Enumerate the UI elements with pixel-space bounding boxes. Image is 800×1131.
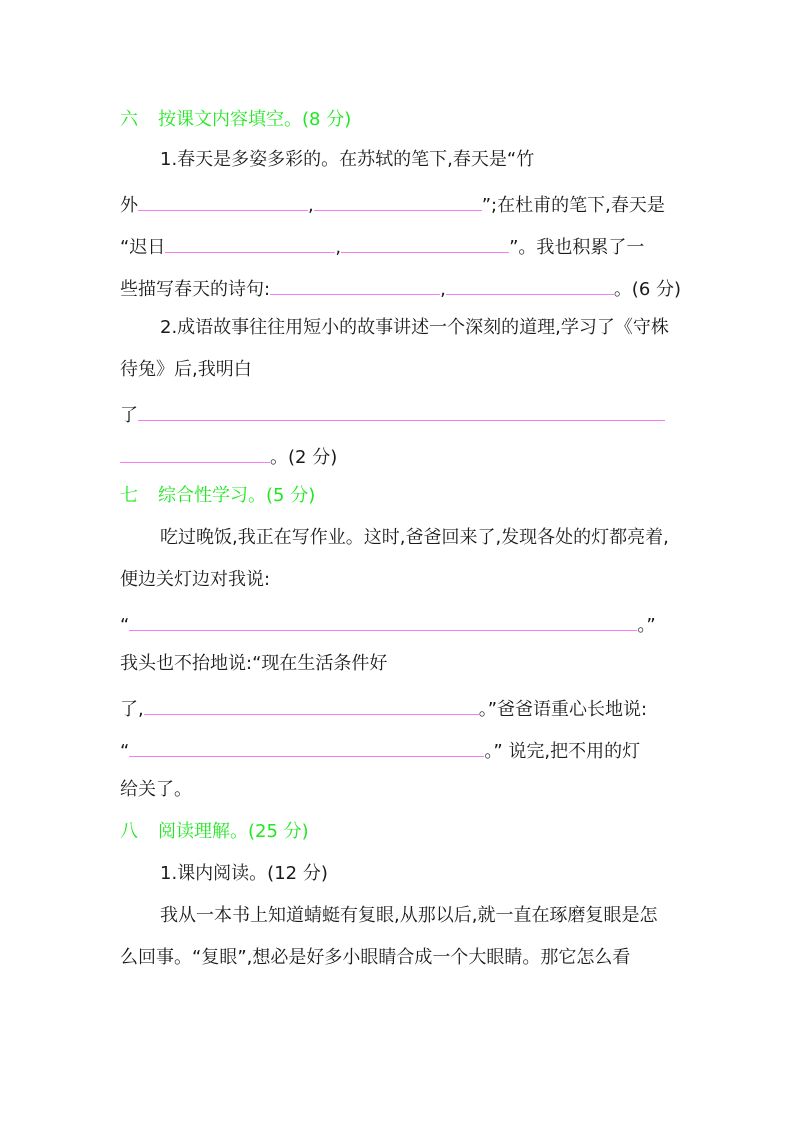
q2-text: 。(2 分) [270, 447, 337, 468]
section-6-number: 六 [120, 108, 158, 132]
answer-blank[interactable] [341, 232, 509, 253]
q1-text: ”。我也积累了一 [509, 237, 644, 258]
q2-line-1: 2.成语故事往往用短小的故事讲述一个深刻的道理,学习了《守株 [160, 316, 669, 340]
s7-text: “ [120, 741, 129, 762]
answer-blank[interactable] [138, 400, 665, 421]
q1-text: 外 [120, 195, 138, 216]
answer-blank[interactable] [120, 442, 270, 463]
answer-blank[interactable] [144, 694, 479, 715]
q2-line-2: 待兔》后,我明白 [120, 358, 252, 382]
answer-blank[interactable] [270, 274, 440, 295]
s7-text: 。”爸爸语重心长地说: [479, 699, 647, 720]
s7-line-5: 了,。”爸爸语重心长地说: [120, 694, 647, 722]
q1-text: 些描写春天的诗句: [120, 279, 270, 300]
s7-line-3: “。” [120, 610, 656, 638]
section-7-heading: 七综合性学习。(5 分) [120, 484, 315, 508]
s8-para-line-1: 我从一本书上知道蜻蜓有复眼,从那以后,就一直在琢磨复眼是怎 [160, 904, 657, 928]
answer-blank[interactable] [314, 190, 482, 211]
section-8-title: 阅读理解。(25 分) [158, 821, 309, 842]
section-6-title: 按课文内容填空。(8 分) [158, 109, 351, 130]
s7-text: “ [120, 615, 129, 636]
answer-blank[interactable] [129, 610, 637, 631]
q2-line-4: 。(2 分) [120, 442, 337, 470]
q1-text: 。(6 分) [614, 279, 681, 300]
s8-sub-1: 1.课内阅读。(12 分) [160, 862, 328, 886]
q1-text: ”;在杜甫的笔下,春天是 [482, 195, 665, 216]
q1-text: “迟日 [120, 237, 165, 258]
answer-blank[interactable] [165, 232, 335, 253]
q1-line-4: 些描写春天的诗句:,。(6 分) [120, 274, 681, 302]
answer-blank[interactable] [138, 190, 308, 211]
section-8-number: 八 [120, 820, 158, 844]
q1-line-3: “迟日,”。我也积累了一 [120, 232, 644, 260]
section-6-heading: 六按课文内容填空。(8 分) [120, 108, 351, 132]
section-7-number: 七 [120, 484, 158, 508]
answer-blank[interactable] [446, 274, 614, 295]
s7-text: 。” 说完,把不用的灯 [484, 741, 640, 762]
q1-line-2: 外,”;在杜甫的笔下,春天是 [120, 190, 665, 218]
answer-blank[interactable] [129, 736, 484, 757]
q2-line-3: 了 [120, 400, 665, 428]
s7-line-1: 吃过晚饭,我正在写作业。这时,爸爸回来了,发现各处的灯都亮着, [160, 526, 669, 550]
s7-line-4: 我头也不抬地说:“现在生活条件好 [120, 652, 387, 676]
s8-para-line-2: 么回事。“复眼”,想必是好多小眼睛合成一个大眼睛。那它怎么看 [120, 946, 630, 970]
section-8-heading: 八阅读理解。(25 分) [120, 820, 309, 844]
s7-line-2: 便边关灯边对我说: [120, 568, 270, 592]
q1-line-1: 1.春天是多姿多彩的。在苏轼的笔下,春天是“竹 [160, 148, 534, 172]
section-7-title: 综合性学习。(5 分) [158, 485, 315, 506]
s7-text: 了, [120, 699, 144, 720]
q2-text: 了 [120, 405, 138, 426]
s7-line-7: 给关了。 [120, 778, 192, 802]
s7-line-6: “。” 说完,把不用的灯 [120, 736, 640, 764]
s7-text: 。” [637, 615, 655, 636]
